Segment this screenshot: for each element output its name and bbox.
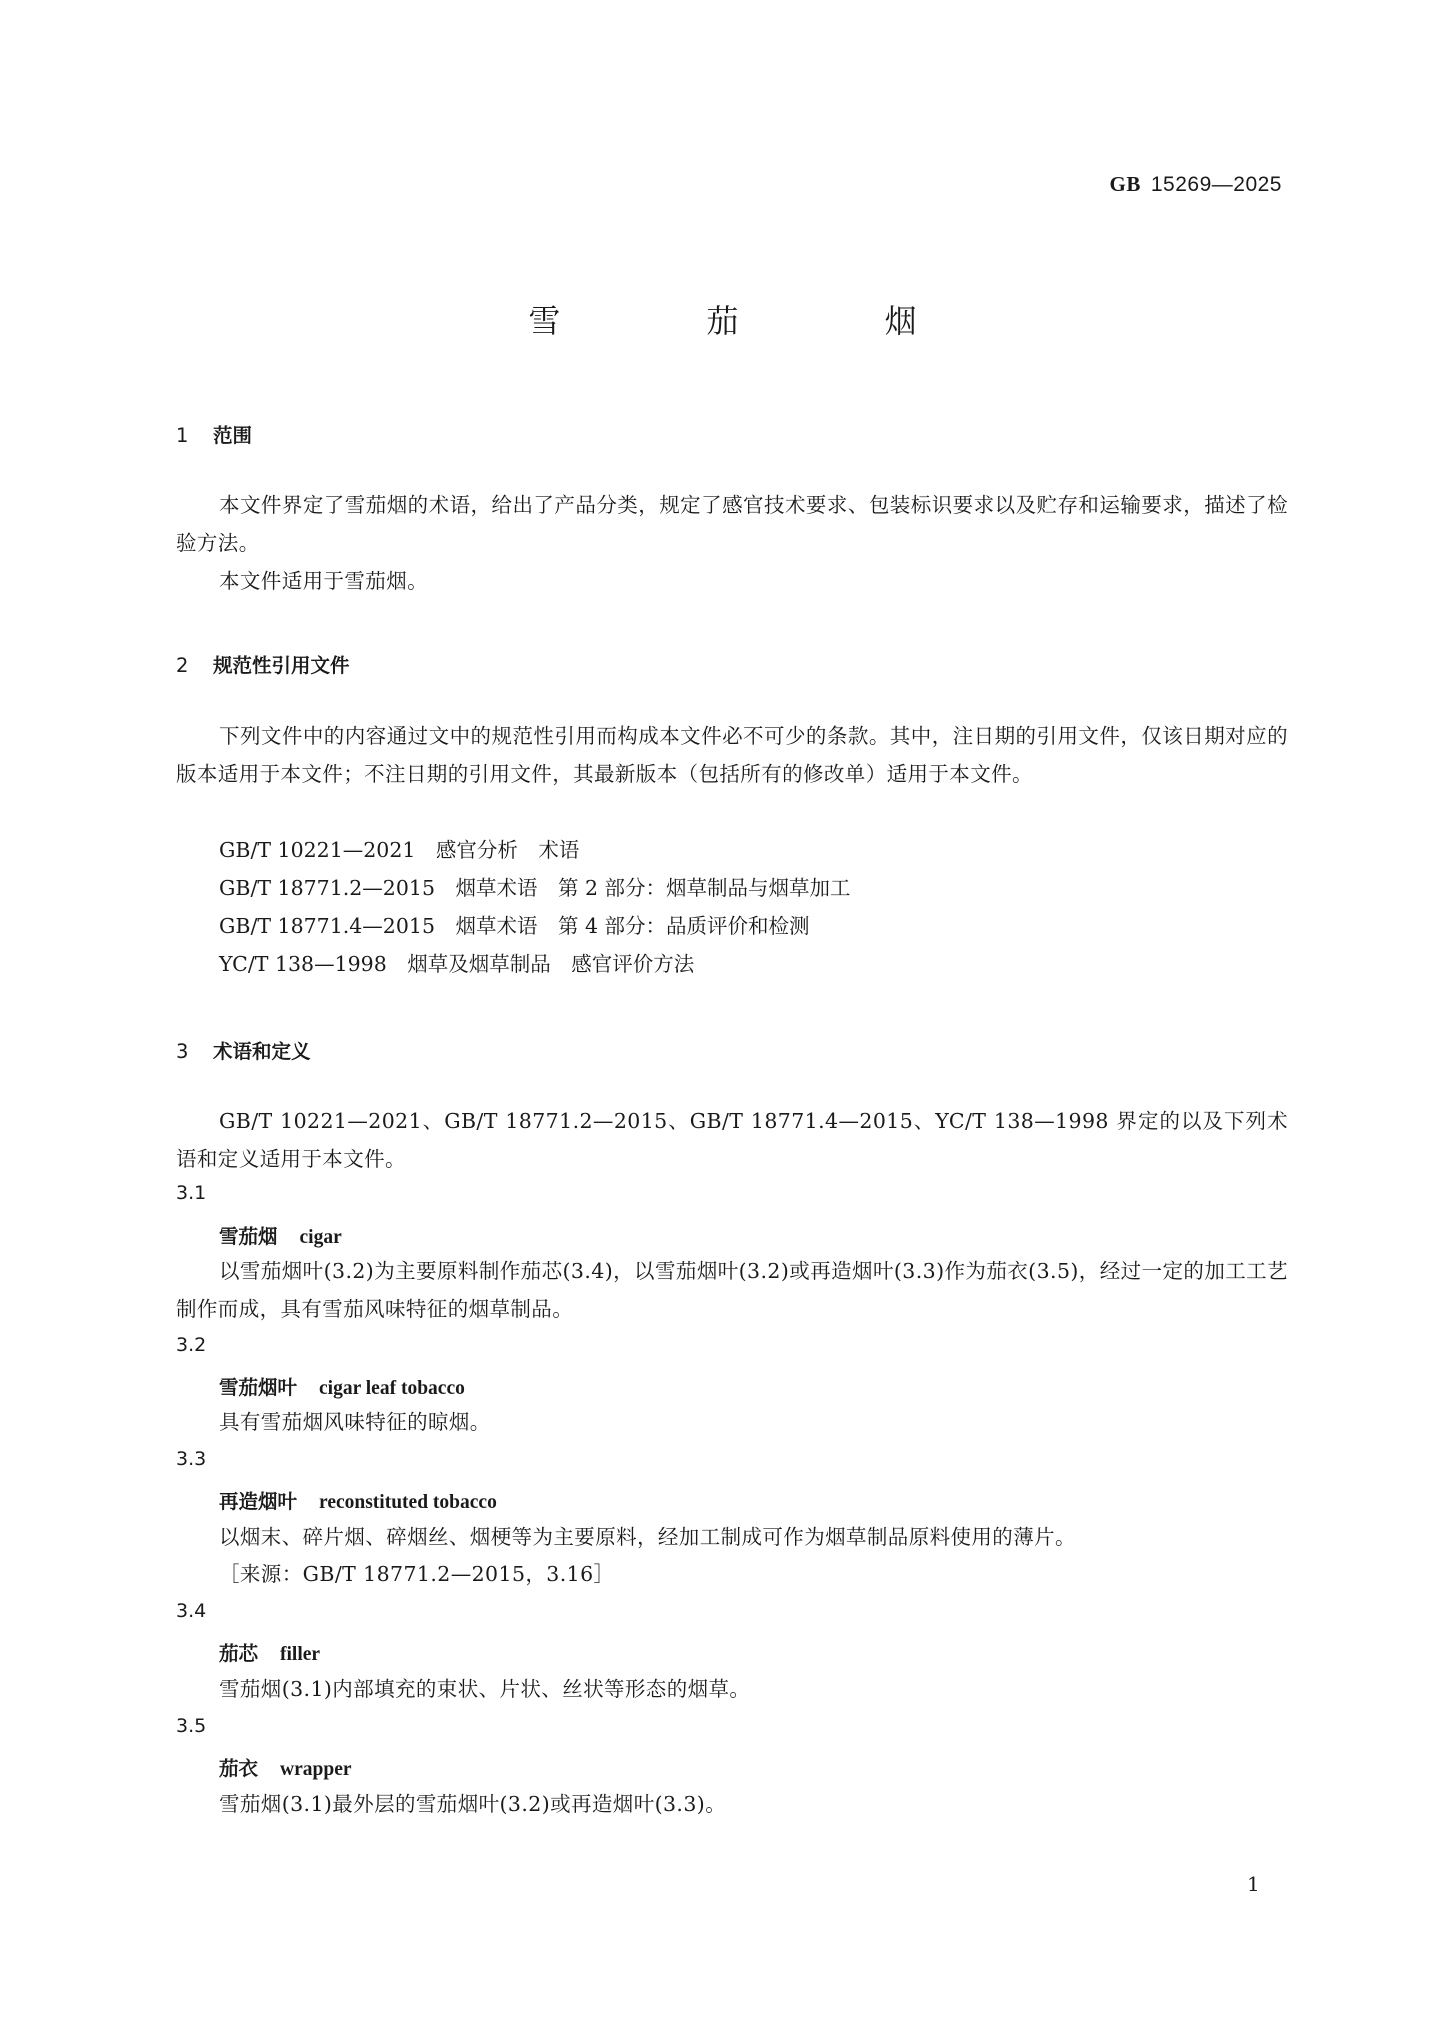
term-definition: 雪茄烟(3.1)最外层的雪茄烟叶(3.2)或再造烟叶(3.3)。 [219,1785,1288,1823]
term-definition: 以烟末、碎片烟、碎烟丝、烟梗等为主要原料，经加工制成可作为烟草制品原料使用的薄片… [219,1518,1288,1556]
section-title: 规范性引用文件 [213,654,350,677]
normative-references-intro: 下列文件中的内容通过文中的规范性引用而构成本文件必不可少的条款。其中，注日期的引… [176,717,1288,793]
term-definition: 具有雪茄烟风味特征的晾烟。 [219,1403,1288,1441]
section-number: 2 [176,654,213,677]
term-zh: 茄衣 [219,1757,258,1780]
term-zh: 茄芯 [219,1642,258,1665]
term-en: filler [280,1644,320,1665]
section-heading-3: 3术语和定义 [176,1036,311,1064]
term-entry: 茄芯filler [219,1638,320,1666]
standard-number: 15269—2025 [1151,173,1282,196]
term-en: cigar leaf tobacco [319,1378,465,1399]
clause-number: 3.1 [176,1182,206,1204]
reference-item: GB/T 10221—2021 感官分析 术语 [219,831,579,869]
document-title: 雪 茄 烟 [0,296,1445,342]
scope-applicability: 本文件适用于雪茄烟。 [176,562,1288,600]
reference-item: GB/T 18771.2—2015 烟草术语 第 2 部分：烟草制品与烟草加工 [219,869,851,907]
reference-item: YC/T 138—1998 烟草及烟草制品 感官评价方法 [219,945,694,983]
term-source: ［来源：GB/T 18771.2—2015，3.16］ [219,1555,1288,1593]
section-title: 范围 [213,424,252,447]
term-en: cigar [300,1227,342,1248]
term-entry: 雪茄烟cigar [219,1221,342,1249]
section-heading-2: 2规范性引用文件 [176,650,350,678]
section-number: 3 [176,1040,213,1063]
clause-number: 3.4 [176,1600,206,1622]
term-en: wrapper [280,1759,352,1780]
section-title: 术语和定义 [213,1040,311,1063]
terms-intro: GB/T 10221—2021、GB/T 18771.2—2015、GB/T 1… [176,1102,1288,1178]
term-definition: 雪茄烟(3.1)内部填充的束状、片状、丝状等形态的烟草。 [219,1670,1288,1708]
term-zh: 再造烟叶 [219,1490,297,1513]
term-definition: 以雪茄烟叶(3.2)为主要原料制作茄芯(3.4)，以雪茄烟叶(3.2)或再造烟叶… [176,1252,1288,1328]
scope-paragraph: 本文件界定了雪茄烟的术语，给出了产品分类，规定了感官技术要求、包装标识要求以及贮… [176,486,1288,562]
term-entry: 雪茄烟叶cigar leaf tobacco [219,1372,465,1400]
term-zh: 雪茄烟叶 [219,1376,297,1399]
standard-prefix: GB [1110,172,1141,196]
section-heading-1: 1范围 [176,420,252,448]
section-number: 1 [176,424,213,447]
clause-number: 3.5 [176,1715,206,1737]
page-number: 1 [1247,1872,1260,1896]
term-zh: 雪茄烟 [219,1225,278,1248]
clause-number: 3.3 [176,1448,206,1470]
reference-item: GB/T 18771.4—2015 烟草术语 第 4 部分：品质评价和检测 [219,907,810,945]
standard-code: GB15269—2025 [1110,172,1282,197]
term-entry: 再造烟叶reconstituted tobacco [219,1486,497,1514]
clause-number: 3.2 [176,1334,206,1356]
term-entry: 茄衣wrapper [219,1753,352,1781]
term-en: reconstituted tobacco [319,1492,497,1513]
